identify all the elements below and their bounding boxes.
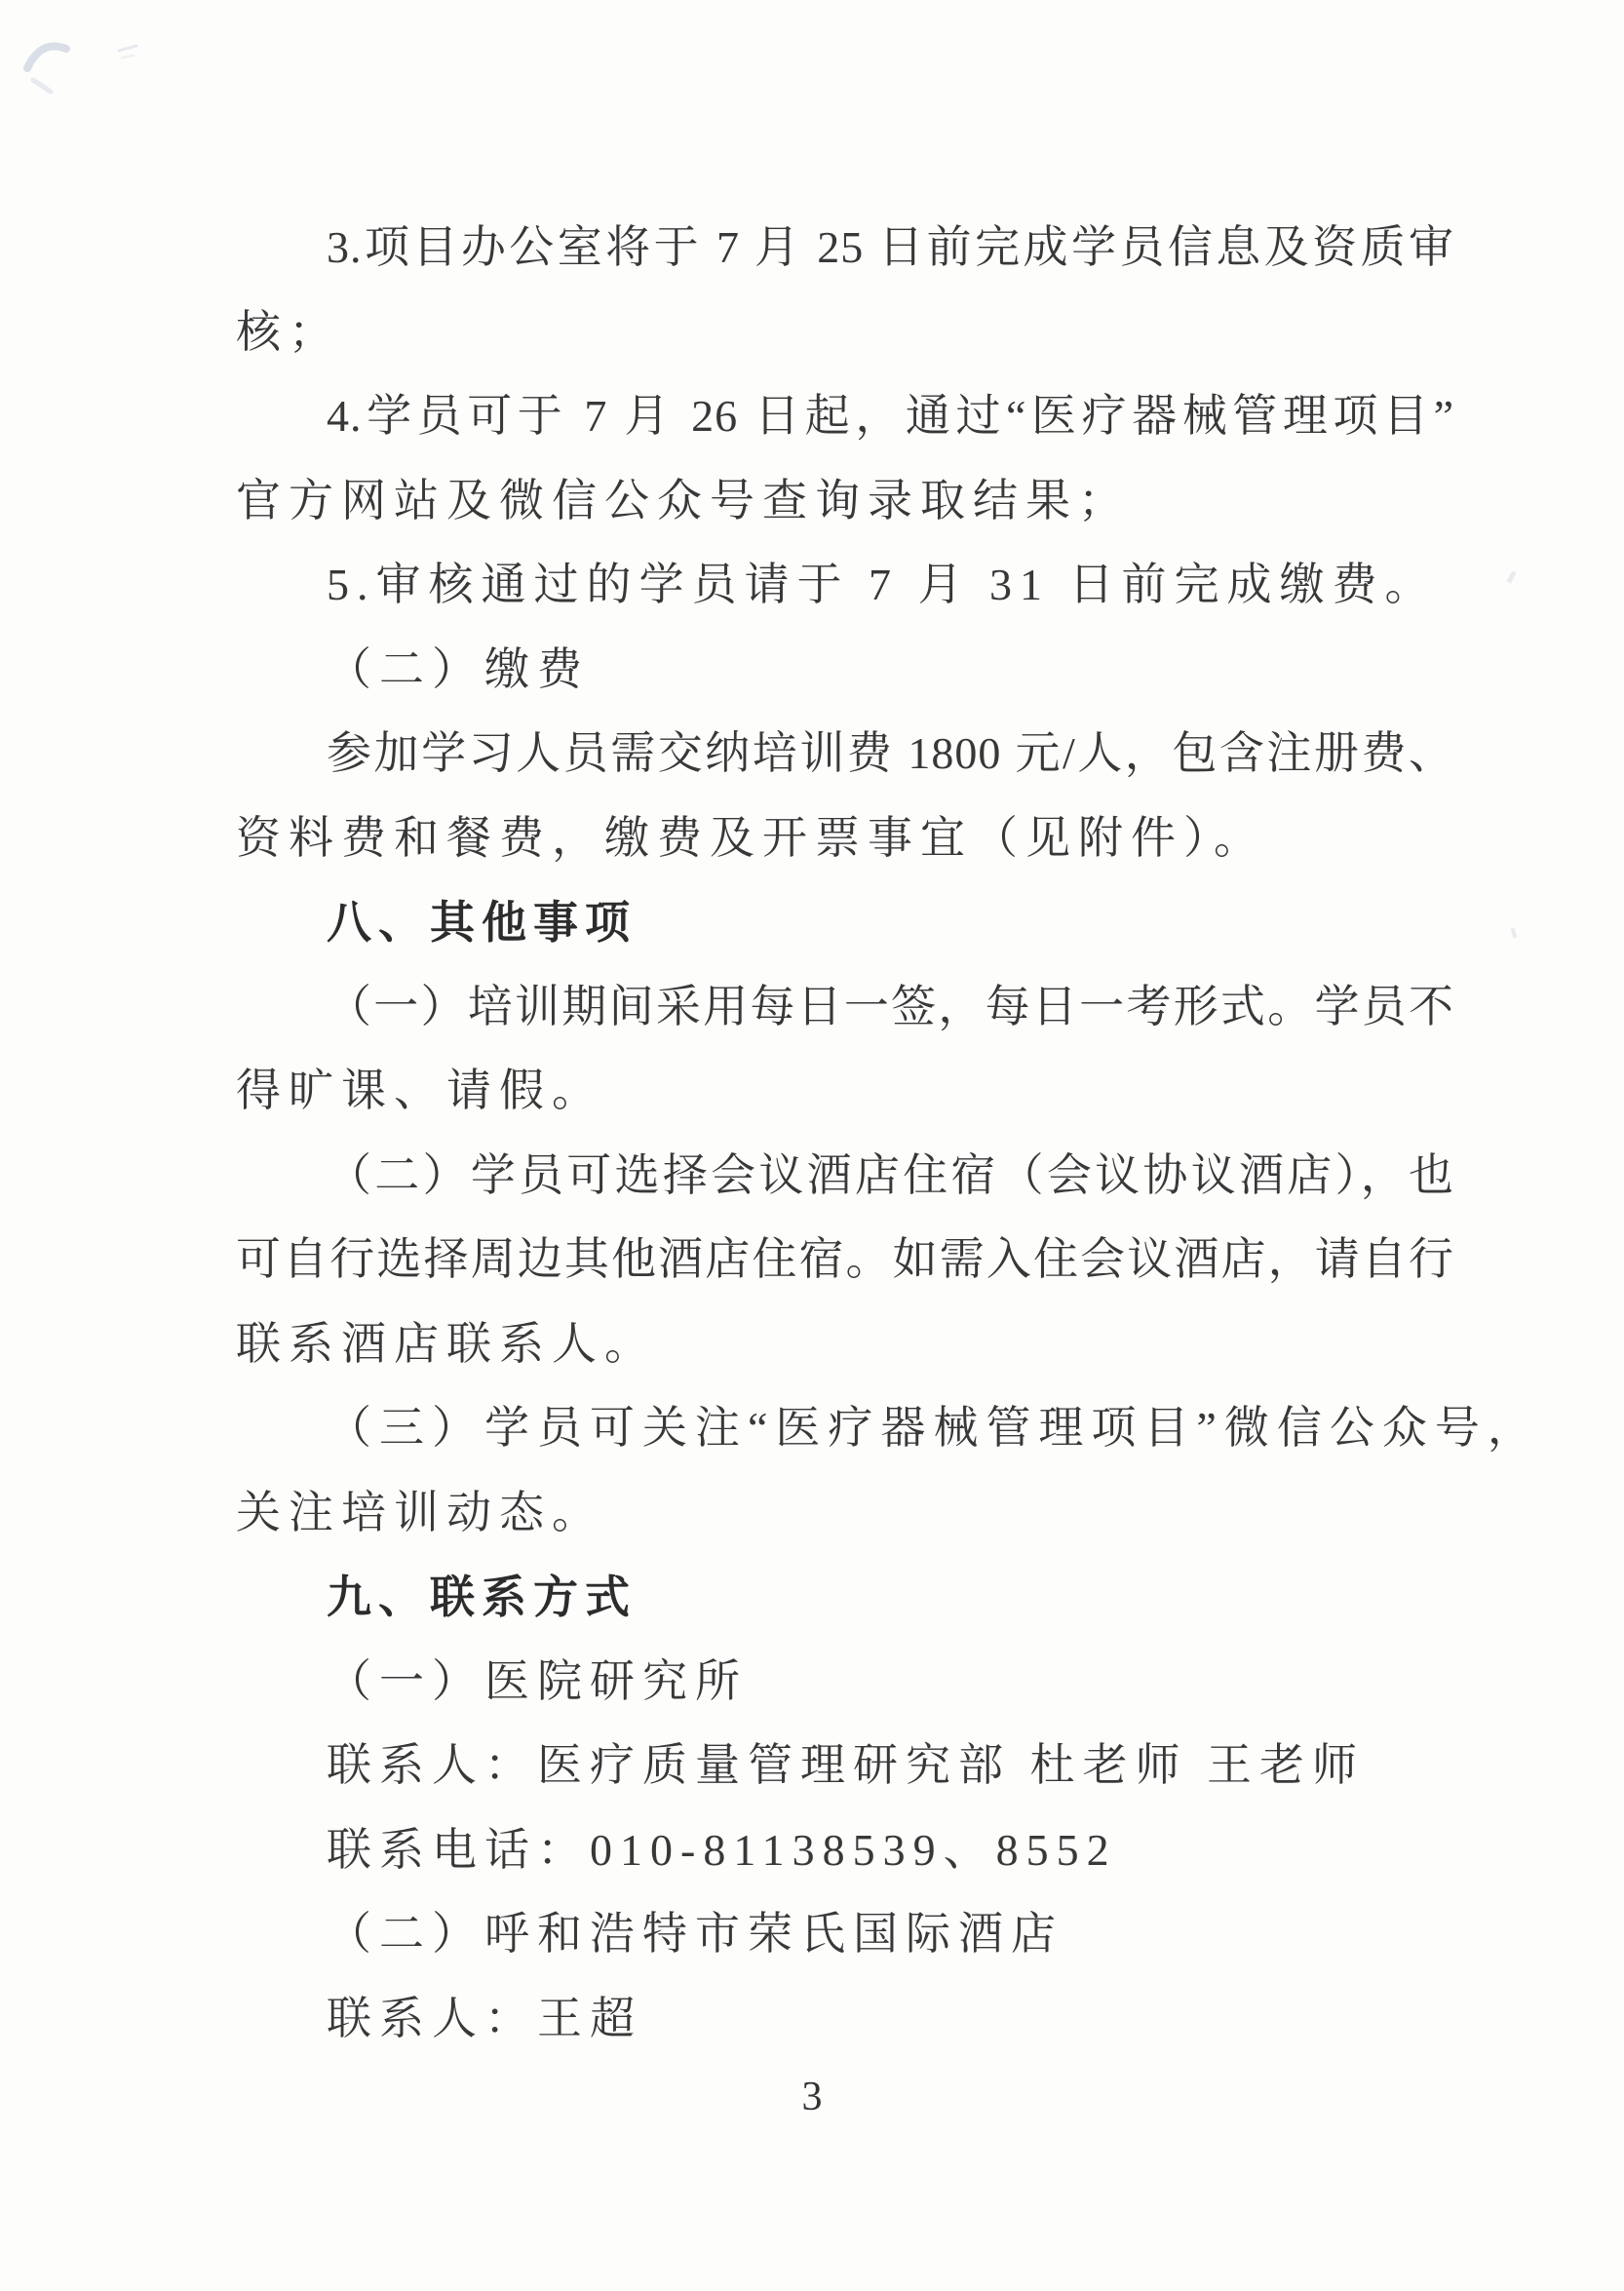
text-line: （一）医院研究所 [236, 1640, 1454, 1725]
section-heading-line: 八、其他事项 [236, 880, 1454, 965]
document-body-text: 3.项目办公室将于 7 月 25 日前完成学员信息及资质审核；4.学员可于 7 … [236, 206, 1454, 2061]
text-line: （三）学员可关注“医疗器械管理项目”微信公众号， [236, 1386, 1454, 1471]
text-line: 联系酒店联系人。 [236, 1302, 1454, 1387]
text-line: 资料费和餐费，缴费及开票事宜（见附件）。 [236, 796, 1454, 881]
text-line: 核； [236, 291, 1454, 375]
scan-speck [1511, 928, 1518, 939]
text-line: 关注培训动态。 [236, 1471, 1454, 1556]
text-line: 联系人：王超 [236, 1977, 1454, 2062]
scan-artifact-pencil-swoosh [18, 27, 96, 96]
text-line: 联系人：医疗质量管理研究部 杜老师 王老师 [236, 1724, 1454, 1808]
text-line: 5.审核通过的学员请于 7 月 31 日前完成缴费。 [236, 543, 1454, 628]
text-line: 得旷课、请假。 [236, 1049, 1454, 1134]
text-line: （二）缴费 [236, 628, 1454, 713]
scan-artifact-tick [117, 43, 146, 62]
text-line: 3.项目办公室将于 7 月 25 日前完成学员信息及资质审 [236, 206, 1454, 291]
text-line: （二）学员可选择会议酒店住宿（会议协议酒店），也 [236, 1134, 1454, 1219]
text-line: 官方网站及微信公众号查询录取结果； [236, 459, 1454, 544]
text-line: 4.学员可于 7 月 26 日起，通过“医疗器械管理项目” [236, 374, 1454, 459]
text-line: 可自行选择周边其他酒店住宿。如需入住会议酒店，请自行 [236, 1218, 1454, 1302]
scan-speck [1506, 571, 1516, 584]
text-line: 联系电话：010-81138539、8552 [236, 1808, 1454, 1893]
page-number: 3 [0, 2073, 1624, 2121]
text-line: （二）呼和浩特市荣氏国际酒店 [236, 1892, 1454, 1977]
scanned-document-page: 3.项目办公室将于 7 月 25 日前完成学员信息及资质审核；4.学员可于 7 … [0, 0, 1624, 2291]
section-heading-line: 九、联系方式 [236, 1555, 1454, 1640]
text-line: （一）培训期间采用每日一签，每日一考形式。学员不 [236, 965, 1454, 1050]
text-line: 参加学习人员需交纳培训费 1800 元/人，包含注册费、 [236, 712, 1454, 796]
